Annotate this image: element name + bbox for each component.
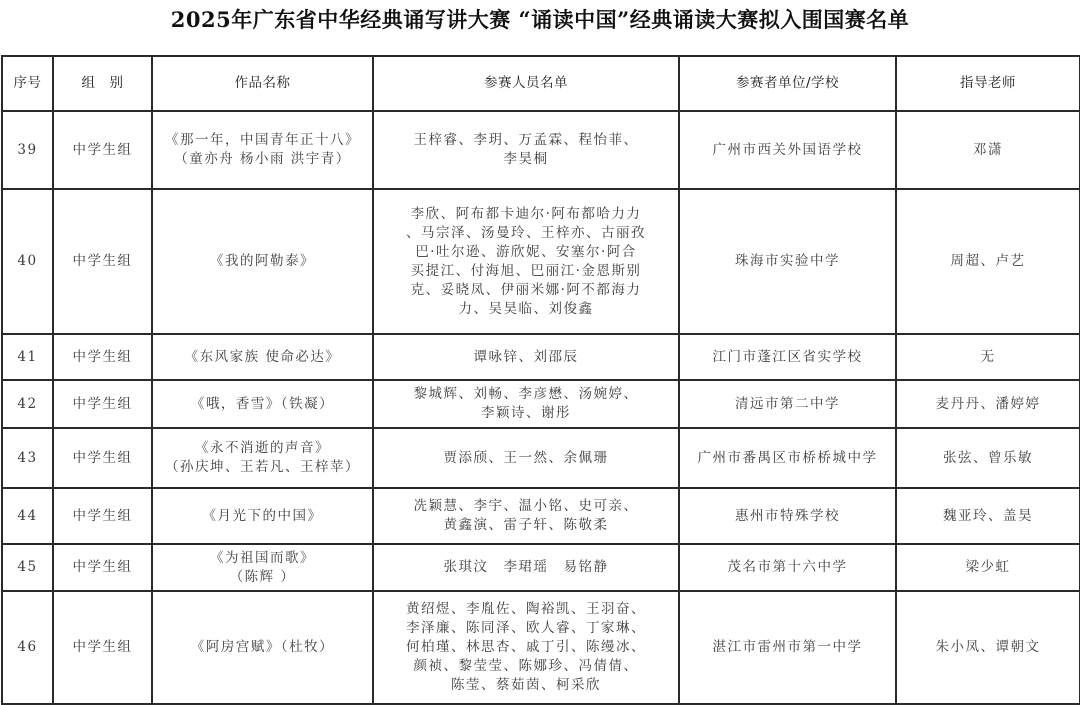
row-group: 中学生组 [53, 111, 152, 189]
row-number: 44 [2, 488, 53, 544]
row-participants: 谭咏锌、刘邵辰 [373, 334, 679, 380]
table-row: 39 中学生组 《那一年，中国青年正十八》 （童亦舟 杨小雨 洪宇青） 王梓睿、… [2, 111, 1080, 189]
header-row: 序号 组 别 作品名称 参赛人员名单 参赛者单位/学校 指导老师 [2, 56, 1080, 111]
row-participants: 黄绍煜、李胤佐、陶裕凯、王羽奋、 李泽廉、陈同泽、欧人睿、丁家琳、 何柏瑾、林思… [373, 591, 679, 704]
row-school: 茂名市第十六中学 [679, 544, 896, 591]
row-participants: 王梓睿、李玥、万孟霖、程怡菲、 李昊桐 [373, 111, 679, 189]
row-school: 广州市番禺区市桥桥城中学 [679, 428, 896, 488]
row-work-title: 《东风家族 使命必达》 [152, 334, 373, 380]
row-school: 清远市第二中学 [679, 380, 896, 428]
table-row: 40 中学生组 《我的阿勒泰》 李欣、阿布都卡迪尔·阿布都哈力力 、马宗泽、汤曼… [2, 189, 1080, 334]
header-group: 组 别 [53, 56, 152, 111]
row-number: 43 [2, 428, 53, 488]
table-row: 45 中学生组 《为祖国而歌》 （陈辉 ） 张琪汶 李珺瑶 易铭静 茂名市第十六… [2, 544, 1080, 591]
row-number: 46 [2, 591, 53, 704]
row-school: 惠州市特殊学校 [679, 488, 896, 544]
row-number: 42 [2, 380, 53, 428]
row-participants: 贾添颀、王一然、余佩珊 [373, 428, 679, 488]
row-instructor: 魏亚玲、盖昊 [896, 488, 1080, 544]
row-instructor: 无 [896, 334, 1080, 380]
row-number: 45 [2, 544, 53, 591]
row-number: 40 [2, 189, 53, 334]
document-title: 2025年广东省中华经典诵写讲大赛 “诵读中国”经典诵读大赛拟入围国赛名单 [0, 4, 1080, 34]
row-instructor: 张弦、曾乐敏 [896, 428, 1080, 488]
row-instructor: 周超、卢艺 [896, 189, 1080, 334]
header-school: 参赛者单位/学校 [679, 56, 896, 111]
row-instructor: 朱小凤、谭朝文 [896, 591, 1080, 704]
row-school: 江门市蓬江区省实学校 [679, 334, 896, 380]
row-work-title: 《阿房宫赋》（杜牧） [152, 591, 373, 704]
table-row: 43 中学生组 《永不消逝的声音》 （孙庆坤、王若凡、王梓苹） 贾添颀、王一然、… [2, 428, 1080, 488]
row-group: 中学生组 [53, 544, 152, 591]
row-number: 39 [2, 111, 53, 189]
row-group: 中学生组 [53, 591, 152, 704]
row-group: 中学生组 [53, 488, 152, 544]
row-work-title: 《我的阿勒泰》 [152, 189, 373, 334]
finalist-table: 序号 组 别 作品名称 参赛人员名单 参赛者单位/学校 指导老师 39 中学生组… [1, 55, 1080, 705]
table-row: 41 中学生组 《东风家族 使命必达》 谭咏锌、刘邵辰 江门市蓬江区省实学校 无 [2, 334, 1080, 380]
row-work-title: 《月光下的中国》 [152, 488, 373, 544]
row-work-title: 《为祖国而歌》 （陈辉 ） [152, 544, 373, 591]
row-school: 湛江市雷州市第一中学 [679, 591, 896, 704]
row-participants: 黎城辉、刘畅、李彦懋、汤婉婷、 李颖诗、谢彤 [373, 380, 679, 428]
row-work-title: 《永不消逝的声音》 （孙庆坤、王若凡、王梓苹） [152, 428, 373, 488]
row-instructor: 梁少虹 [896, 544, 1080, 591]
header-work-title: 作品名称 [152, 56, 373, 111]
row-school: 珠海市实验中学 [679, 189, 896, 334]
row-work-title: 《那一年，中国青年正十八》 （童亦舟 杨小雨 洪宇青） [152, 111, 373, 189]
row-participants: 李欣、阿布都卡迪尔·阿布都哈力力 、马宗泽、汤曼玲、王梓亦、古丽孜 巴·吐尔逊、… [373, 189, 679, 334]
row-work-title: 《哦，香雪》（铁凝） [152, 380, 373, 428]
row-group: 中学生组 [53, 334, 152, 380]
header-number: 序号 [2, 56, 53, 111]
row-group: 中学生组 [53, 428, 152, 488]
row-participants: 张琪汶 李珺瑶 易铭静 [373, 544, 679, 591]
row-instructor: 邓潇 [896, 111, 1080, 189]
table-row: 44 中学生组 《月光下的中国》 冼颖慧、李宇、温小铭、史可亲、 黄鑫演、雷子轩… [2, 488, 1080, 544]
table-row: 42 中学生组 《哦，香雪》（铁凝） 黎城辉、刘畅、李彦懋、汤婉婷、 李颖诗、谢… [2, 380, 1080, 428]
header-participants: 参赛人员名单 [373, 56, 679, 111]
row-participants: 冼颖慧、李宇、温小铭、史可亲、 黄鑫演、雷子轩、陈敬柔 [373, 488, 679, 544]
row-instructor: 麦丹丹、潘婷婷 [896, 380, 1080, 428]
row-group: 中学生组 [53, 380, 152, 428]
row-number: 41 [2, 334, 53, 380]
header-instructor: 指导老师 [896, 56, 1080, 111]
row-school: 广州市西关外国语学校 [679, 111, 896, 189]
table-row: 46 中学生组 《阿房宫赋》（杜牧） 黄绍煜、李胤佐、陶裕凯、王羽奋、 李泽廉、… [2, 591, 1080, 704]
row-group: 中学生组 [53, 189, 152, 334]
